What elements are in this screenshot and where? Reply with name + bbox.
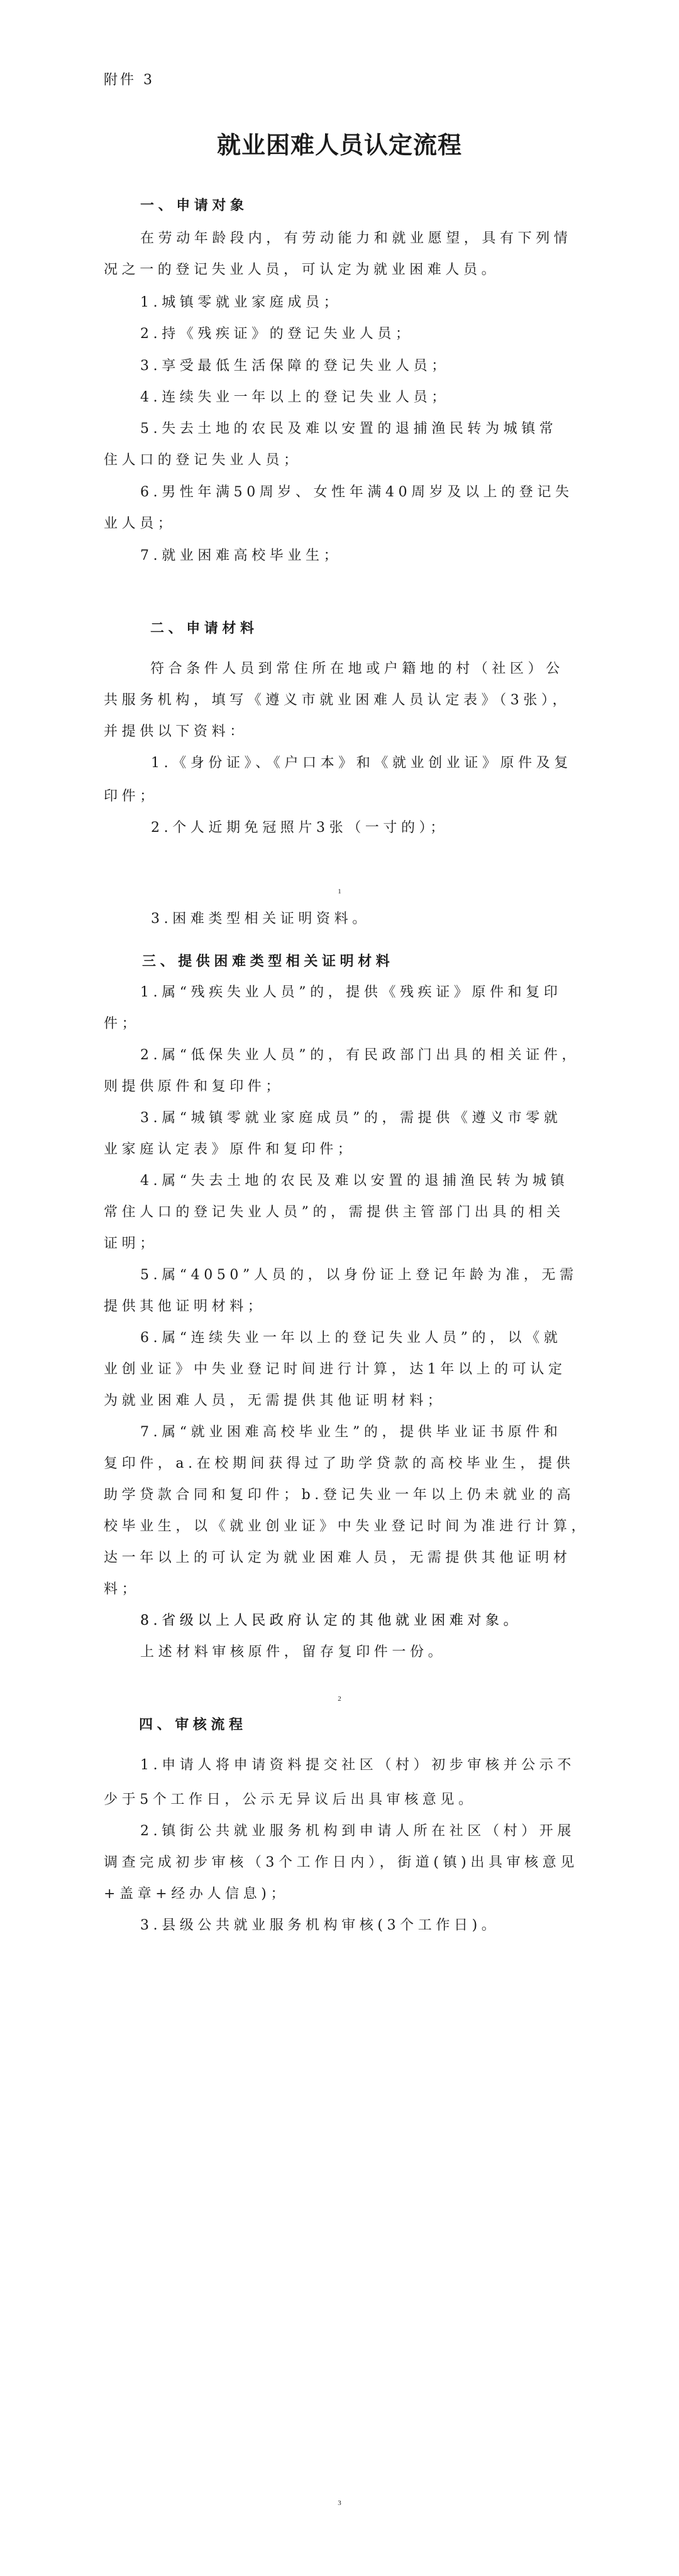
- section-heading: 二、申请材料: [150, 619, 258, 638]
- section-heading: 三、提供困难类型相关证明材料: [142, 952, 394, 971]
- section-heading: 四、审核流程: [139, 1715, 247, 1734]
- text-line: 上述材料审核原件，留存复印件一份。: [140, 1643, 446, 1662]
- text-line: 调查完成初步审核（3个工作日内），街道(镇)出具审核意见: [104, 1853, 578, 1872]
- text-line: 常住人口的登记失业人员”的，需提供主管部门出具的相关: [104, 1203, 565, 1222]
- text-line: 1.城镇零就业家庭成员；: [140, 293, 341, 312]
- document-page: 附件 3 就业困难人员认定流程 一、申请对象在劳动年龄段内，有劳动能力和就业愿望…: [0, 0, 679, 2576]
- text-line: 6.属“连续失业一年以上的登记失业人员”的，以《就: [140, 1329, 562, 1348]
- text-line: 1.属“残疾失业人员”的，提供《残疾证》原件和复印: [140, 983, 562, 1002]
- text-line: 业创业证》中失业登记时间进行计算，达1年以上的可认定: [104, 1360, 566, 1379]
- text-line: 提供其他证明材料；: [104, 1297, 265, 1316]
- text-line: 为就业困难人员，无需提供其他证明材料；: [104, 1392, 445, 1411]
- text-line: 3.属“城镇零就业家庭成员”的，需提供《遵义市零就: [140, 1109, 562, 1128]
- text-line: 3.困难类型相关证明资料。: [151, 910, 370, 929]
- text-line: 在劳动年龄段内，有劳动能力和就业愿望，具有下列情: [140, 229, 571, 248]
- text-line: 1.《身份证》、《户口本》和《就业创业证》原件及复: [151, 754, 572, 773]
- text-line: 住人口的登记失业人员；: [104, 451, 302, 470]
- text-line: 校毕业生，以《就业创业证》中失业登记时间为准进行计算，: [104, 1517, 589, 1536]
- text-line: 业人员；: [104, 515, 175, 533]
- text-line: 8.省级以上人民政府认定的其他就业困难对象。: [140, 1612, 521, 1630]
- text-line: 3.享受最低生活保障的登记失业人员；: [140, 357, 450, 376]
- text-line: 6.男性年满50周岁、女性年满40周岁及以上的登记失: [140, 483, 573, 502]
- document-title: 就业困难人员认定流程: [0, 126, 679, 160]
- text-line: 业家庭认定表》原件和复印件；: [104, 1140, 355, 1159]
- text-line: 符合条件人员到常住所在地或户籍地的村（社区）公: [150, 660, 564, 679]
- text-line: 并提供以下资料：: [104, 723, 248, 741]
- text-line: 7.就业困难高校毕业生；: [140, 547, 341, 565]
- attachment-label: 附件 3: [104, 69, 155, 89]
- text-line: 2.属“低保失业人员”的，有民政部门出具的相关证件，: [140, 1046, 580, 1065]
- text-line: 则提供原件和复印件；: [104, 1078, 284, 1096]
- text-line: 况之一的登记失业人员，可认定为就业困难人员。: [104, 261, 499, 280]
- text-line: +盖章+经办人信息)；: [104, 1885, 289, 1904]
- text-line: 共服务机构，填写《遵义市就业困难人员认定表》（3张），: [104, 691, 570, 710]
- text-line: 4.连续失业一年以上的登记失业人员；: [140, 388, 450, 407]
- text-line: 1.申请人将申请资料提交社区（村）初步审核并公示不: [140, 1756, 575, 1775]
- text-line: 2.持《残疾证》的登记失业人员；: [140, 325, 414, 344]
- text-line: 达一年以上的可认定为就业困难人员，无需提供其他证明材: [104, 1549, 571, 1568]
- text-line: 复印件，a.在校期间获得过了助学贷款的高校毕业生，提供: [104, 1454, 574, 1473]
- page-number: 3: [0, 2499, 679, 2507]
- section-heading: 一、申请对象: [140, 196, 248, 215]
- text-line: 少于5个工作日，公示无异议后出具审核意见。: [104, 1791, 477, 1809]
- text-line: 2.镇街公共就业服务机构到申请人所在社区（村）开展: [140, 1822, 575, 1841]
- page-number: 1: [0, 888, 679, 895]
- text-line: 3.县级公共就业服务机构审核(3个工作日)。: [140, 1916, 499, 1935]
- text-line: 料；: [104, 1580, 140, 1599]
- text-line: 7.属“就业困难高校毕业生”的，提供毕业证书原件和: [140, 1423, 562, 1442]
- text-line: 助学贷款合同和复印件；b.登记失业一年以上仍未就业的高: [104, 1486, 575, 1505]
- text-line: 2.个人近期免冠照片3张（一寸的）；: [151, 819, 448, 838]
- text-line: 证明；: [104, 1235, 158, 1253]
- text-line: 4.属“失去土地的农民及难以安置的退捕渔民转为城镇: [140, 1172, 568, 1191]
- text-line: 印件；: [104, 787, 158, 806]
- page-number: 2: [0, 1695, 679, 1703]
- text-line: 件；: [104, 1015, 140, 1034]
- text-line: 5.属“4050”人员的，以身份证上登记年龄为准，无需: [140, 1266, 578, 1285]
- text-line: 5.失去土地的农民及难以安置的退捕渔民转为城镇常: [140, 420, 557, 439]
